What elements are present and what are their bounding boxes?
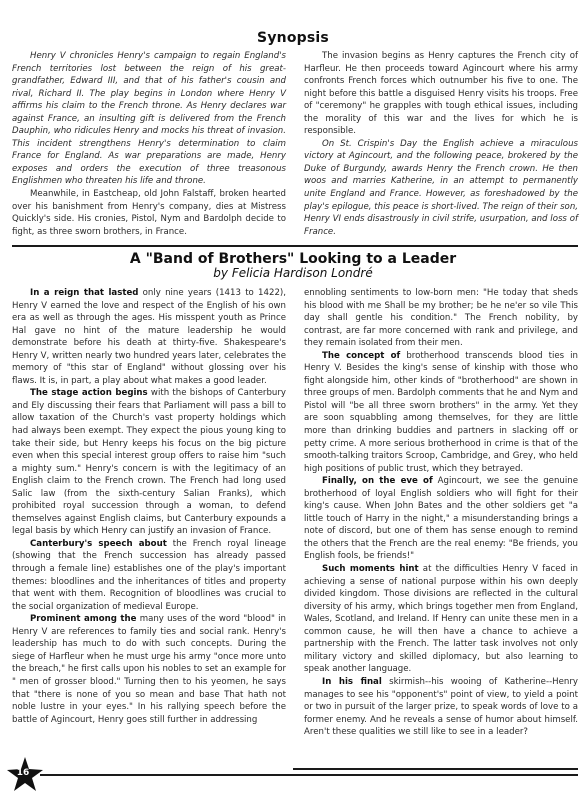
paragraph-text: many uses of the word "blood" in Henry V… [12,614,286,724]
synopsis-right-column: The invasion begins as Henry captures th… [304,50,578,238]
paragraph-lead: Prominent among the [30,614,136,624]
synopsis-paragraph: Meanwhile, in Eastcheap, old John Falsta… [12,188,286,238]
paragraph-text: chronicles Henry's campaign to regain En… [12,51,286,186]
article-paragraph: The stage action begins with the bishops… [12,387,286,538]
paragraph-text: Meanwhile, in Eastcheap, old John Falsta… [12,189,286,237]
article-left-column: In a reign that lasted only nine years (… [12,287,286,726]
paragraph-lead: Such moments hint [322,564,419,574]
right-column-end-rule [293,768,578,770]
article-byline: by Felicia Hardison Londré [0,266,586,280]
paragraph-text: at the difficulties Henry V faced in ach… [304,564,578,674]
article-paragraph: Such moments hint at the difficulties He… [304,563,578,676]
paragraph-text: ennobling sentiments to low-born men: "H… [304,288,578,348]
synopsis-title: Synopsis [0,30,586,46]
section-divider [12,245,578,247]
paragraph-text: The invasion begins as Henry captures th… [304,51,578,136]
paragraph-text: On St. Crispin's Day the English achieve… [304,139,578,237]
footer-rule [40,774,578,776]
paragraph-text: only nine years (1413 to 1422), Henry V … [12,288,286,386]
article-paragraph: Canterbury's speech about the French roy… [12,538,286,613]
synopsis-paragraph: On St. Crispin's Day the English achieve… [304,138,578,238]
document-page: Synopsis Henry V chronicles Henry's camp… [0,0,586,800]
article-title: A "Band of Brothers" Looking to a Leader [0,251,586,267]
article-paragraph: In a reign that lasted only nine years (… [12,287,286,387]
paragraph-text: Agincourt, we see the genuine brotherhoo… [304,476,578,561]
page-number: 16 [14,768,32,778]
article-right-column: ennobling sentiments to low-born men: "H… [304,287,578,739]
paragraph-lead: The concept of [322,351,400,361]
article-paragraph: Prominent among the many uses of the wor… [12,613,286,726]
paragraph-text: the French royal lineage (showing that t… [12,539,286,612]
paragraph-lead: Finally, on the eve of [322,476,433,486]
paragraph-lead: The stage action begins [30,388,148,398]
paragraph-lead: Canterbury's speech about [30,539,167,549]
paragraph-lead: In his final [322,677,382,687]
paragraph-text: brotherhood transcends blood ties in Hen… [304,351,578,474]
synopsis-paragraph: The invasion begins as Henry captures th… [304,50,578,138]
synopsis-paragraph: Henry V chronicles Henry's campaign to r… [12,50,286,188]
synopsis-left-column: Henry V chronicles Henry's campaign to r… [12,50,286,238]
article-paragraph: Finally, on the eve of Agincourt, we see… [304,475,578,563]
play-title: Henry V [30,51,66,61]
paragraph-lead: In a reign that lasted [30,288,138,298]
article-paragraph: The concept of brotherhood transcends bl… [304,350,578,475]
article-paragraph: ennobling sentiments to low-born men: "H… [304,287,578,350]
article-paragraph: In his final skirmish--his wooing of Kat… [304,676,578,739]
paragraph-text: with the bishops of Canterbury and Ely d… [12,388,286,536]
